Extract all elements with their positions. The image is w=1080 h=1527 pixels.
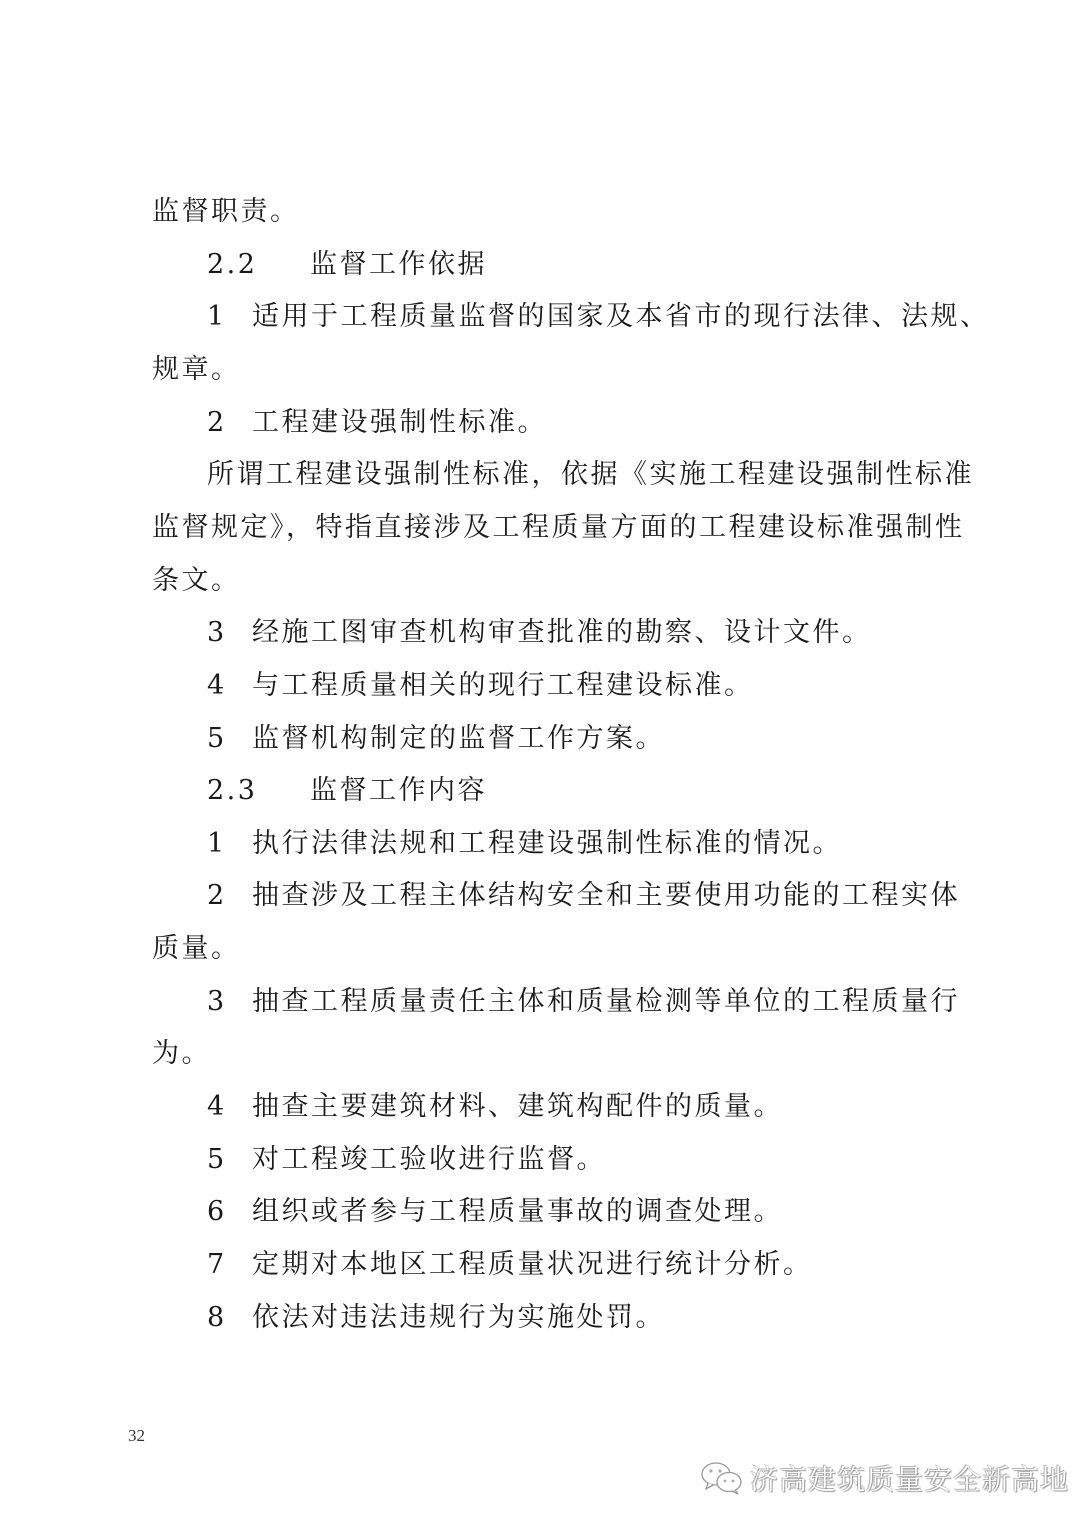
item-text: 抽查主要建筑材料、建筑构配件的质量。 bbox=[252, 1091, 783, 1122]
continuation-line: 规章。 bbox=[152, 354, 241, 386]
item-number: 7 bbox=[207, 1249, 252, 1281]
item-number: 2 bbox=[207, 880, 252, 912]
page-number: 32 bbox=[128, 1426, 145, 1446]
list-item: 1执行法律法规和工程建设强制性标准的情况。 bbox=[207, 828, 842, 860]
item-number: 2 bbox=[207, 407, 252, 439]
list-item: 5对工程竣工验收进行监督。 bbox=[207, 1144, 606, 1176]
item-text: 抽查工程质量责任主体和质量检测等单位的工程质量行 bbox=[252, 986, 960, 1017]
wechat-icon bbox=[700, 1460, 744, 1496]
section-heading: 2.3监督工作内容 bbox=[207, 775, 487, 807]
item-number: 5 bbox=[207, 723, 252, 755]
item-number: 8 bbox=[207, 1302, 252, 1334]
continuation-line: 监督职责。 bbox=[152, 196, 300, 228]
item-number: 3 bbox=[207, 617, 252, 649]
item-text: 执行法律法规和工程建设强制性标准的情况。 bbox=[252, 828, 842, 859]
list-item: 4抽查主要建筑材料、建筑构配件的质量。 bbox=[207, 1091, 783, 1123]
list-item: 7定期对本地区工程质量状况进行统计分析。 bbox=[207, 1249, 813, 1281]
continuation-line: 质量。 bbox=[152, 933, 241, 965]
item-number: 5 bbox=[207, 1144, 252, 1176]
list-item: 5监督机构制定的监督工作方案。 bbox=[207, 723, 665, 755]
list-item: 3抽查工程质量责任主体和质量检测等单位的工程质量行 bbox=[207, 986, 960, 1018]
section-number: 2.3 bbox=[207, 775, 310, 807]
watermark-text: 济高建筑质量安全新高地 bbox=[750, 1458, 1069, 1498]
section-number: 2.2 bbox=[207, 249, 310, 281]
list-item: 8依法对违法违规行为实施处罚。 bbox=[207, 1302, 665, 1334]
list-item: 6组织或者参与工程质量事故的调查处理。 bbox=[207, 1196, 783, 1228]
item-number: 4 bbox=[207, 1091, 252, 1123]
list-item: 2工程建设强制性标准。 bbox=[207, 407, 547, 439]
item-text: 监督机构制定的监督工作方案。 bbox=[252, 723, 665, 754]
item-text: 与工程质量相关的现行工程建设标准。 bbox=[252, 670, 754, 701]
item-text: 组织或者参与工程质量事故的调查处理。 bbox=[252, 1196, 783, 1227]
continuation-line: 为。 bbox=[152, 1038, 211, 1070]
item-number: 4 bbox=[207, 670, 252, 702]
item-text: 依法对违法违规行为实施处罚。 bbox=[252, 1302, 665, 1333]
list-item: 2抽查涉及工程主体结构安全和主要使用功能的工程实体 bbox=[207, 880, 960, 912]
item-text: 抽查涉及工程主体结构安全和主要使用功能的工程实体 bbox=[252, 880, 960, 911]
paragraph-line: 所谓工程建设强制性标准，依据《实施工程建设强制性标准 bbox=[207, 459, 974, 491]
continuation-line: 条文。 bbox=[152, 565, 241, 597]
section-title: 监督工作依据 bbox=[310, 249, 487, 280]
item-number: 3 bbox=[207, 986, 252, 1018]
watermark: 济高建筑质量安全新高地 bbox=[700, 1458, 1069, 1498]
list-item: 4与工程质量相关的现行工程建设标准。 bbox=[207, 670, 754, 702]
section-heading: 2.2监督工作依据 bbox=[207, 249, 487, 281]
continuation-line: 监督规定》，特指直接涉及工程质量方面的工程建设标准强制性 bbox=[152, 512, 965, 544]
item-text: 定期对本地区工程质量状况进行统计分析。 bbox=[252, 1249, 813, 1280]
section-title: 监督工作内容 bbox=[310, 775, 487, 806]
list-item: 1适用于工程质量监督的国家及本省市的现行法律、法规、 bbox=[207, 301, 990, 333]
item-number: 1 bbox=[207, 301, 252, 333]
item-number: 6 bbox=[207, 1196, 252, 1228]
list-item: 3经施工图审查机构审查批准的勘察、设计文件。 bbox=[207, 617, 872, 649]
item-text: 工程建设强制性标准。 bbox=[252, 407, 547, 438]
item-text: 经施工图审查机构审查批准的勘察、设计文件。 bbox=[252, 617, 872, 648]
item-text: 对工程竣工验收进行监督。 bbox=[252, 1144, 606, 1175]
item-text: 适用于工程质量监督的国家及本省市的现行法律、法规、 bbox=[252, 301, 990, 332]
item-number: 1 bbox=[207, 828, 252, 860]
document-page: 监督职责。2.2监督工作依据1适用于工程质量监督的国家及本省市的现行法律、法规、… bbox=[0, 0, 1080, 1527]
